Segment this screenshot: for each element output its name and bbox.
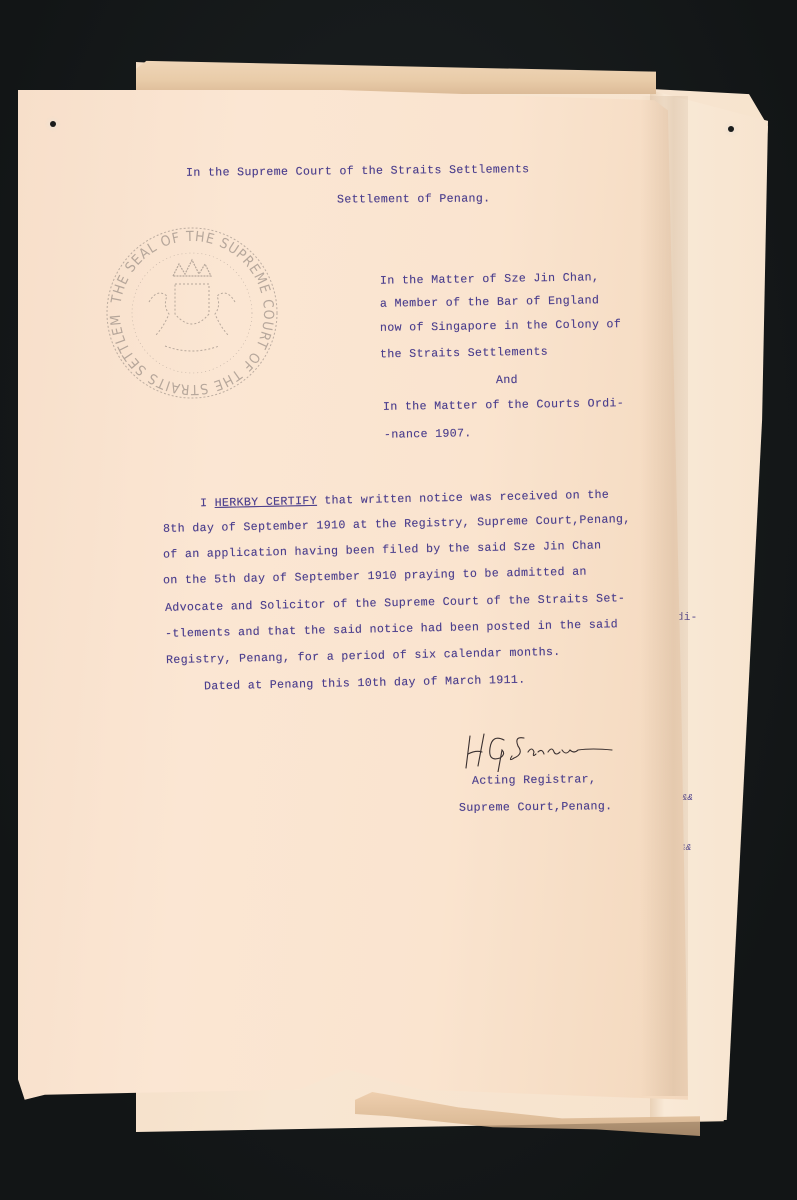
certify-emphasis: HERKBY CERTIFY [215,495,318,510]
settlement-heading: Settlement of Penang. [337,192,491,206]
matter-line: the Straits Settlements [380,346,548,362]
matter-conjunction: And [496,374,518,387]
punch-hole-back [728,126,734,132]
court-seal-icon: THE SEAL OF THE SUPREME COURT OF THE STR… [103,224,281,402]
signatory-title: Acting Registrar, [472,773,596,788]
front-sheet-edge-shadow [640,96,688,1096]
svg-text:THE SEAL OF THE SUPREME COURT: THE SEAL OF THE SUPREME COURT OF THE STR… [103,224,276,397]
certificate-lead: I [200,497,215,510]
matter-line: -nance 1907. [384,427,472,441]
handwritten-signature: H.G. Sarwon [462,728,622,772]
signatory-office: Supreme Court,Penang. [459,800,613,815]
punch-hole-front [50,121,56,127]
